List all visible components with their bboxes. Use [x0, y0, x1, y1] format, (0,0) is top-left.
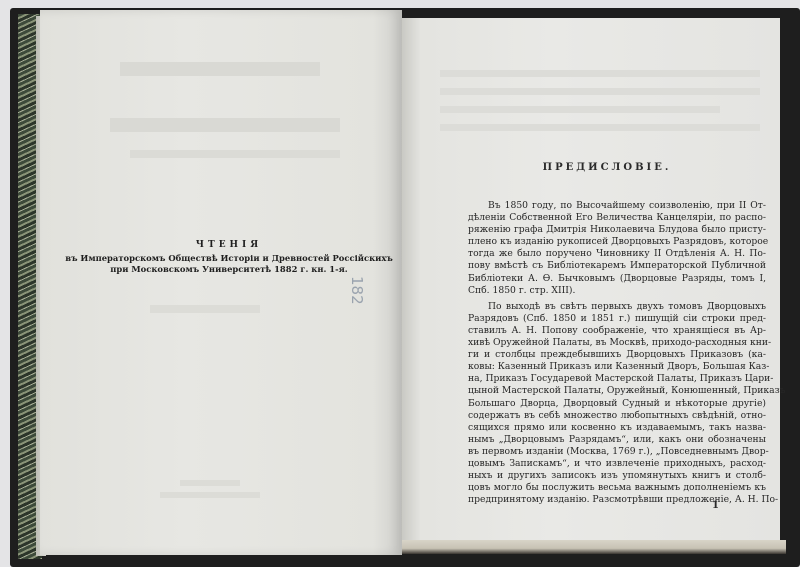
text-line: нымъ „Дворцовымъ Разрядамъ“, или, какъ о…	[448, 434, 766, 446]
bleed-through-line	[180, 480, 240, 486]
text-line: на, Приказъ Государевой Мастерской Палат…	[448, 373, 766, 385]
text-line: ковы: Казенный Приказъ или Казенный Двор…	[448, 361, 766, 373]
text-line: дѣленіи Собственной Его Величества Канце…	[448, 212, 766, 224]
text-line: Спб. 1850 г. стр. XIII).	[448, 285, 766, 297]
text-line: ги и столбцы преждебывшихъ Дворцовыхъ Пр…	[448, 349, 766, 361]
bleed-through-line	[440, 124, 760, 131]
text-line: цыной Мастерской Палаты, Оружейный, Коню…	[448, 385, 766, 397]
text-line: цовымъ Запискамъ“, и что извлеченіе прих…	[448, 458, 766, 470]
bleed-through-title	[110, 118, 340, 132]
bleed-through-line	[160, 492, 260, 498]
publication-line: въ Императорскомъ Обществѣ Исторіи и Дре…	[62, 253, 396, 264]
publication-title: ЧТЕНІЯ	[62, 240, 396, 250]
text-line: пову вмѣстѣ съ Библіотекаремъ Императорс…	[448, 260, 766, 272]
text-line: хивѣ Оружейной Палаты, въ Москвѣ, приход…	[448, 337, 766, 349]
text-line: плено къ изданію рукописей Дворцовыхъ Ра…	[448, 236, 766, 248]
text-line: ныхъ и другихъ записокъ изъ упомянутыхъ …	[448, 470, 766, 482]
page-heading: ПРЕДИСЛОВІЕ.	[448, 162, 766, 173]
paragraph: Въ 1850 году, по Высочайшему соизволенію…	[448, 200, 766, 297]
text-line: содержатъ въ себѣ множество любопытныхъ …	[448, 410, 766, 422]
bleed-through-title	[120, 62, 320, 76]
text-line: въ первомъ изданіи (Москва, 1769 г.), „П…	[448, 446, 766, 458]
text-line: Библіотеки А. Ѳ. Бычковымъ (Дворцовые Ра…	[448, 273, 766, 285]
bleed-through-line	[440, 88, 760, 95]
text-line: ставилъ А. Н. Попову соображеніе, что хр…	[448, 325, 766, 337]
text-line: Разрядовъ (Спб. 1850 и 1851 г.) пишущій …	[448, 313, 766, 325]
text-line: цовъ могло бы послужить весьма важнымъ д…	[448, 482, 766, 494]
bleed-through-line	[150, 305, 260, 313]
publication-line: при Московскомъ Университетѣ 1882 г. кн.…	[62, 264, 396, 275]
text-line: Въ 1850 году, по Высочайшему соизволенію…	[448, 200, 766, 212]
body-text: Въ 1850 году, по Высочайшему соизволенію…	[448, 200, 766, 510]
bleed-through-line	[440, 106, 720, 113]
paragraph: По выходѣ въ свѣтъ первыхъ двухъ томовъ …	[448, 301, 766, 507]
text-line: ряженію графа Дмитрія Николаевича Блудов…	[448, 224, 766, 236]
text-line: Большаго Дворца, Дворцовый Судный и нѣко…	[448, 398, 766, 410]
bleed-through-line	[440, 70, 760, 77]
bleed-through-subtitle	[130, 150, 340, 158]
pencil-annotation: 182	[348, 276, 366, 305]
page-number: 1	[712, 500, 719, 511]
text-line: По выходѣ въ свѣтъ первыхъ двухъ томовъ …	[448, 301, 766, 313]
text-line: сящихся прямо или косвенно къ издаваемым…	[448, 422, 766, 434]
right-page-bottom-edge	[402, 540, 786, 554]
text-line: тогда же было поручено Чиновнику II Отдѣ…	[448, 248, 766, 260]
left-page-text-block: ЧТЕНІЯ въ Императорскомъ Обществѣ Исторі…	[62, 240, 396, 275]
